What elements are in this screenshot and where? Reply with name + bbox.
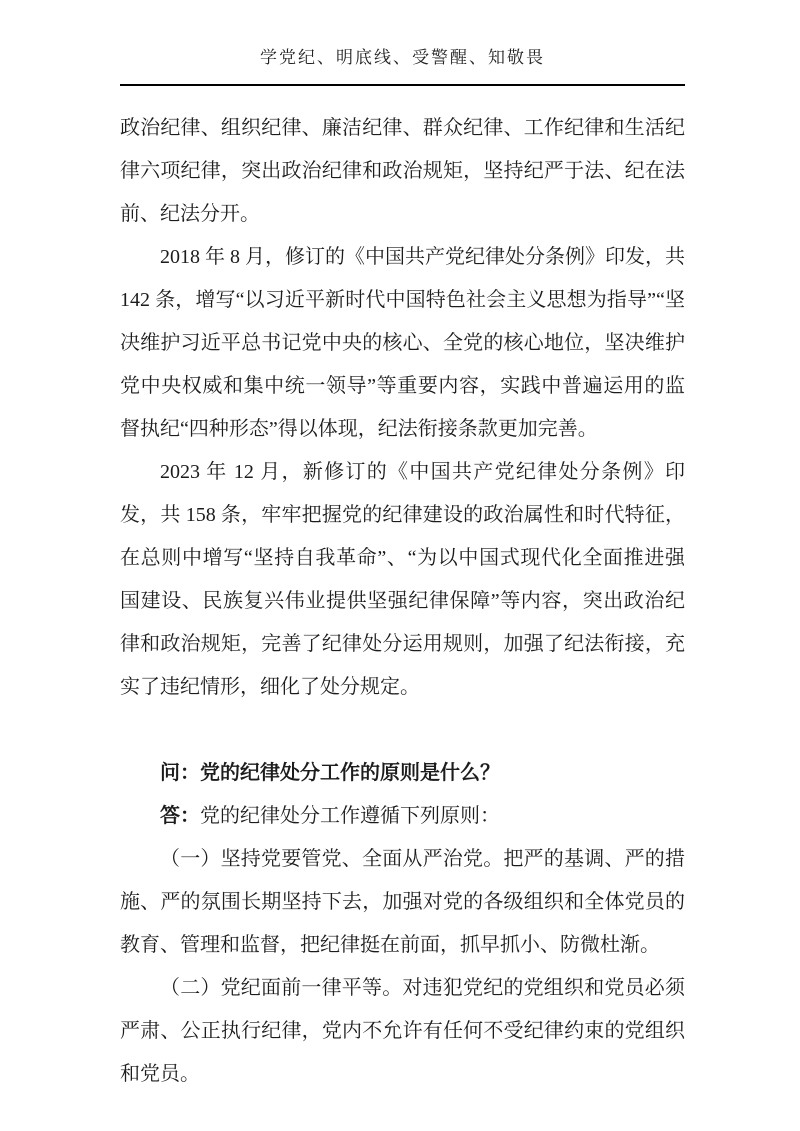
paragraph-2018-revision: 2018 年 8 月，修订的《中国共产党纪律处分条例》印发，共 142 条，增写… bbox=[120, 236, 685, 451]
document-page: 学党纪、明底线、受警醒、知敬畏 政治纪律、组织纪律、廉洁纪律、群众纪律、工作纪律… bbox=[0, 0, 800, 1131]
answer-label: 答： bbox=[160, 805, 200, 827]
header-rule bbox=[120, 84, 685, 86]
header-title: 学党纪、明底线、受警醒、知敬畏 bbox=[120, 46, 685, 70]
paragraph-2023-revision: 2023 年 12 月，新修订的《中国共产党纪律处分条例》印发，共 158 条，… bbox=[120, 451, 685, 709]
principle-item-2: （二）党纪面前一律平等。对违犯党纪的党组织和党员必须严肃、公正执行纪律，党内不允… bbox=[120, 967, 685, 1096]
blank-line bbox=[120, 709, 685, 752]
answer-line: 答：党的纪律处分工作遵循下列原则： bbox=[120, 795, 685, 838]
question-line: 问：党的纪律处分工作的原则是什么？ bbox=[120, 752, 685, 795]
principle-item-1: （一）坚持党要管党、全面从严治党。把严的基调、严的措施、严的氛围长期坚持下去，加… bbox=[120, 838, 685, 967]
paragraph-discipline-six-types: 政治纪律、组织纪律、廉洁纪律、群众纪律、工作纪律和生活纪律六项纪律，突出政治纪律… bbox=[120, 107, 685, 236]
page-header: 学党纪、明底线、受警醒、知敬畏 bbox=[120, 0, 685, 86]
answer-text: 党的纪律处分工作遵循下列原则： bbox=[200, 805, 500, 827]
document-body: 政治纪律、组织纪律、廉洁纪律、群众纪律、工作纪律和生活纪律六项纪律，突出政治纪律… bbox=[120, 107, 685, 1096]
